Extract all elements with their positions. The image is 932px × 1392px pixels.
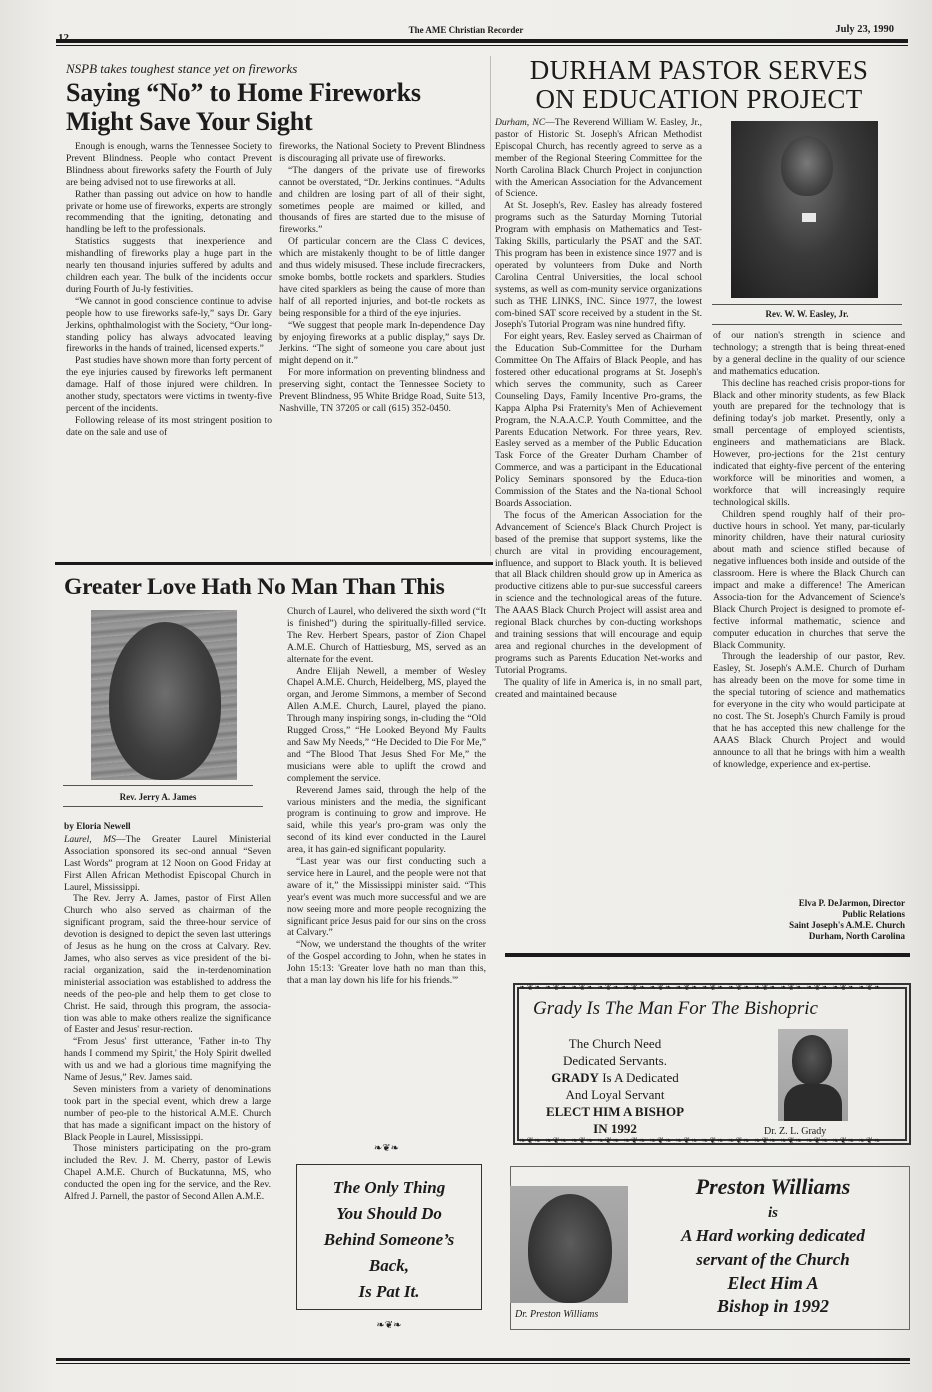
dateline: Laurel, MS	[64, 834, 116, 845]
ad-line: GRADY Is A Dedicated	[530, 1069, 700, 1086]
footer-rule-thin	[56, 1363, 910, 1364]
ad-line: ELECT HIM A BISHOP	[530, 1103, 700, 1120]
paragraph: The Rev. Jerry A. James, pastor of First…	[64, 893, 271, 1036]
paragraph: fireworks, the National Society to Preve…	[279, 141, 485, 165]
paragraph: Past studies have shown more than forty …	[66, 355, 272, 415]
article-column-1: by Eloria Newell Laurel, MS—The Greater …	[64, 822, 271, 1203]
ornament-border-top: ❧❦❧ ❧❦❧ ❧❦❧ ❧❦❧ ❧❦❧ ❧❦❧ ❧❦❧ ❧❦❧ ❧❦❧ ❧❦❧ …	[519, 983, 905, 992]
photo-williams	[510, 1186, 628, 1303]
quote-line: The Only Thing	[297, 1175, 481, 1201]
paragraph: Reverend James said, through the help of…	[287, 785, 486, 856]
ad-line: Bishop in 1992	[640, 1295, 906, 1318]
dateline: Durham, NC	[495, 117, 545, 128]
paragraph: “We suggest that people mark In-dependen…	[279, 320, 485, 368]
article-column-2: Church of Laurel, who delivered the sixt…	[287, 606, 486, 987]
photo-caption: Rev. W. W. Easley, Jr.	[712, 309, 902, 319]
ad-line: A Hard working dedicated	[640, 1224, 906, 1248]
photo-caption: Dr. Z. L. Grady	[764, 1126, 826, 1137]
headline-line-1: Saying “No” to Home Fireworks	[66, 78, 486, 107]
ad-headline: Preston Williams	[640, 1172, 906, 1202]
paragraph: of our nation's strength in science and …	[713, 330, 905, 378]
ad-text: Is A Dedicated	[599, 1070, 679, 1085]
quote-line: Behind Someone’s	[297, 1227, 481, 1253]
footer-rule	[56, 1358, 910, 1361]
paragraph: Enough is enough, warns the Tennessee So…	[66, 141, 272, 189]
portrait-face	[528, 1194, 612, 1303]
signature-line: Durham, North Carolina	[713, 931, 905, 942]
paragraph: The quality of life in America is, in no…	[495, 677, 702, 701]
signature-line: Saint Joseph's A.M.E. Church	[713, 920, 905, 931]
ad-line: IN 1992	[530, 1120, 700, 1137]
signature-line: Elva P. DeJarmon, Director	[713, 898, 905, 909]
signature-line: Public Relations	[713, 909, 905, 920]
paragraph: Of particular concern are the Class C de…	[279, 236, 485, 319]
article-signature: Elva P. DeJarmon, Director Public Relati…	[713, 898, 905, 942]
filler-quote-box: The Only Thing You Should Do Behind Some…	[296, 1164, 482, 1310]
portrait-face	[792, 1035, 832, 1085]
paragraph-text: —The Reverend William W. Easley, Jr., pa…	[495, 117, 702, 199]
ad-body: Preston Williams is A Hard working dedic…	[640, 1172, 906, 1318]
headline-line-1: DURHAM PASTOR SERVES	[494, 56, 904, 85]
byline: by Eloria Newell	[64, 822, 271, 834]
quote-line: You Should Do	[297, 1201, 481, 1227]
section-rule	[505, 953, 910, 957]
paragraph: Seven ministers from a variety of denomi…	[64, 1084, 271, 1144]
article-column-1: Enough is enough, warns the Tennessee So…	[66, 141, 272, 439]
photo-caption: Dr. Preston Williams	[515, 1309, 598, 1320]
paragraph: For eight years, Rev. Easley served as C…	[495, 331, 702, 510]
headline-line-2: ON EDUCATION PROJECT	[494, 85, 904, 114]
photo-caption: Rev. Jerry A. James	[63, 792, 253, 802]
ad-line: The Church Need	[530, 1035, 700, 1052]
photo-james	[91, 610, 237, 780]
quote-line: Is Pat It.	[297, 1279, 481, 1305]
ad-line: is	[640, 1202, 906, 1224]
quote-line: Back,	[297, 1253, 481, 1279]
portrait-suit	[784, 1084, 842, 1121]
article-column-2: of our nation's strength in science and …	[713, 330, 905, 771]
paragraph: “From Jesus' first utterance, 'Father in…	[64, 1036, 271, 1084]
paragraph: Following release of its most stringent …	[66, 415, 272, 439]
paragraph: At St. Joseph's, Rev. Easley has already…	[495, 200, 702, 331]
ornament-divider: ❧❦❧	[287, 1143, 486, 1154]
article-column-2: fireworks, the National Society to Preve…	[279, 141, 485, 415]
column-divider	[490, 56, 491, 556]
ornament-border-bottom: ❧❦❧ ❧❦❧ ❧❦❧ ❧❦❧ ❧❦❧ ❧❦❧ ❧❦❧ ❧❦❧ ❧❦❧ ❧❦❧ …	[519, 1136, 905, 1145]
paragraph: “Now, we understand the thoughts of the …	[287, 939, 486, 987]
clerical-collar	[802, 213, 816, 222]
paragraph: Durham, NC—The Reverend William W. Easle…	[495, 117, 702, 200]
paragraph: Statistics suggests that inexperience an…	[66, 236, 272, 296]
paragraph: For more information on preventing blind…	[279, 367, 485, 415]
paragraph: Church of Laurel, who delivered the sixt…	[287, 606, 486, 666]
paragraph: “We cannot in good conscience continue t…	[66, 296, 272, 356]
paragraph: Those ministers participating on the pro…	[64, 1143, 271, 1203]
section-rule	[55, 562, 493, 565]
portrait-face	[109, 622, 221, 780]
headline-line-2: Might Save Your Sight	[66, 107, 486, 136]
article-column-1: Durham, NC—The Reverend William W. Easle…	[495, 117, 702, 700]
paragraph: “The dangers of the private use of firew…	[279, 165, 485, 236]
caption-rule	[712, 324, 902, 325]
paragraph: This decline has reached crisis propor-t…	[713, 378, 905, 509]
article-headline: Greater Love Hath No Man Than This	[64, 574, 445, 601]
paragraph: The focus of the American Association fo…	[495, 510, 702, 677]
paragraph: Rather than passing out advice on how to…	[66, 189, 272, 237]
paragraph: “Last year was our first conducting such…	[287, 856, 486, 939]
ad-emphasis: GRADY	[551, 1070, 599, 1085]
paragraph: Andre Elijah Newell, a member of Wesley …	[287, 666, 486, 785]
article-headline: DURHAM PASTOR SERVES ON EDUCATION PROJEC…	[494, 56, 904, 114]
ad-body: The Church Need Dedicated Servants. GRAD…	[530, 1035, 700, 1137]
caption-rule	[63, 785, 253, 786]
paragraph: Through the leadership of our pastor, Re…	[713, 651, 905, 770]
masthead-rule-thin	[56, 45, 908, 46]
ad-line: And Loyal Servant	[530, 1086, 700, 1103]
ornament-divider: ❧❦❧	[296, 1320, 482, 1331]
ad-line: Dedicated Servants.	[530, 1052, 700, 1069]
paragraph: Children spend roughly half of their pro…	[713, 509, 905, 652]
photo-grady	[778, 1029, 848, 1121]
photo-easley	[731, 121, 878, 298]
article-kicker: NSPB takes toughest stance yet on firewo…	[66, 61, 297, 77]
ad-headline: Grady Is The Man For The Bishopric	[533, 998, 818, 1020]
paragraph: Laurel, MS—The Greater Laurel Ministeria…	[64, 834, 271, 894]
caption-rule	[712, 304, 902, 305]
issue-date: July 23, 1990	[835, 24, 894, 35]
portrait-face	[781, 136, 833, 196]
newspaper-page: 12 The AME Christian Recorder July 23, 1…	[0, 0, 932, 1392]
caption-rule	[63, 806, 263, 807]
publication-title: The AME Christian Recorder	[0, 25, 932, 35]
masthead-rule	[56, 39, 908, 43]
article-headline: Saying “No” to Home Fireworks Might Save…	[66, 78, 486, 136]
ad-line: Elect Him A	[640, 1272, 906, 1295]
ad-line: servant of the Church	[640, 1248, 906, 1272]
